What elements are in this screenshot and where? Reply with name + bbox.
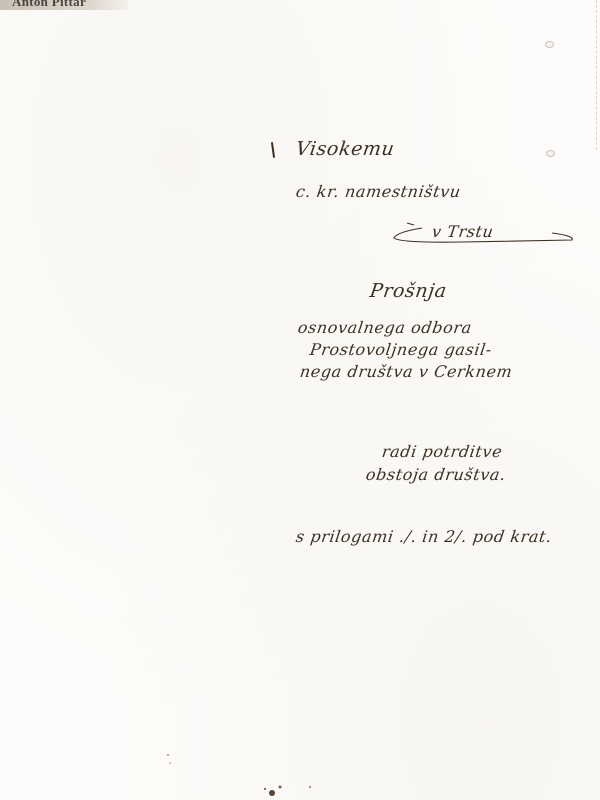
- margin-mark: [271, 142, 275, 158]
- purpose-line-1: radi potrditve: [381, 442, 504, 461]
- address-line-2: c. kr. namestništvu: [295, 182, 462, 201]
- petitioner-line-2: Prostovoljnega gasil-: [309, 340, 494, 359]
- petitioner-line-3: nega društva v Cerknem: [299, 362, 514, 381]
- binding-hole: [545, 41, 554, 48]
- binding-hole: [546, 150, 555, 157]
- underline-flourish: [392, 220, 577, 250]
- petitioner-line-1: osnovalnega odbora: [297, 318, 474, 337]
- enclosures-note: s prilogami ./. in 2/. pod krat.: [295, 527, 554, 546]
- scanned-page: Anton Pittar Visokemu c. kr. namestništv…: [0, 0, 600, 800]
- purpose-line-2: obstoja društva.: [365, 465, 508, 484]
- ink-specks: [160, 735, 320, 800]
- page-edge: [595, 0, 597, 150]
- archive-label-strip: Anton Pittar: [0, 0, 128, 10]
- subject-heading: Prošnja: [368, 280, 448, 302]
- address-line-1: Visokemu: [294, 138, 396, 160]
- archive-label-text: Anton Pittar: [12, 0, 86, 10]
